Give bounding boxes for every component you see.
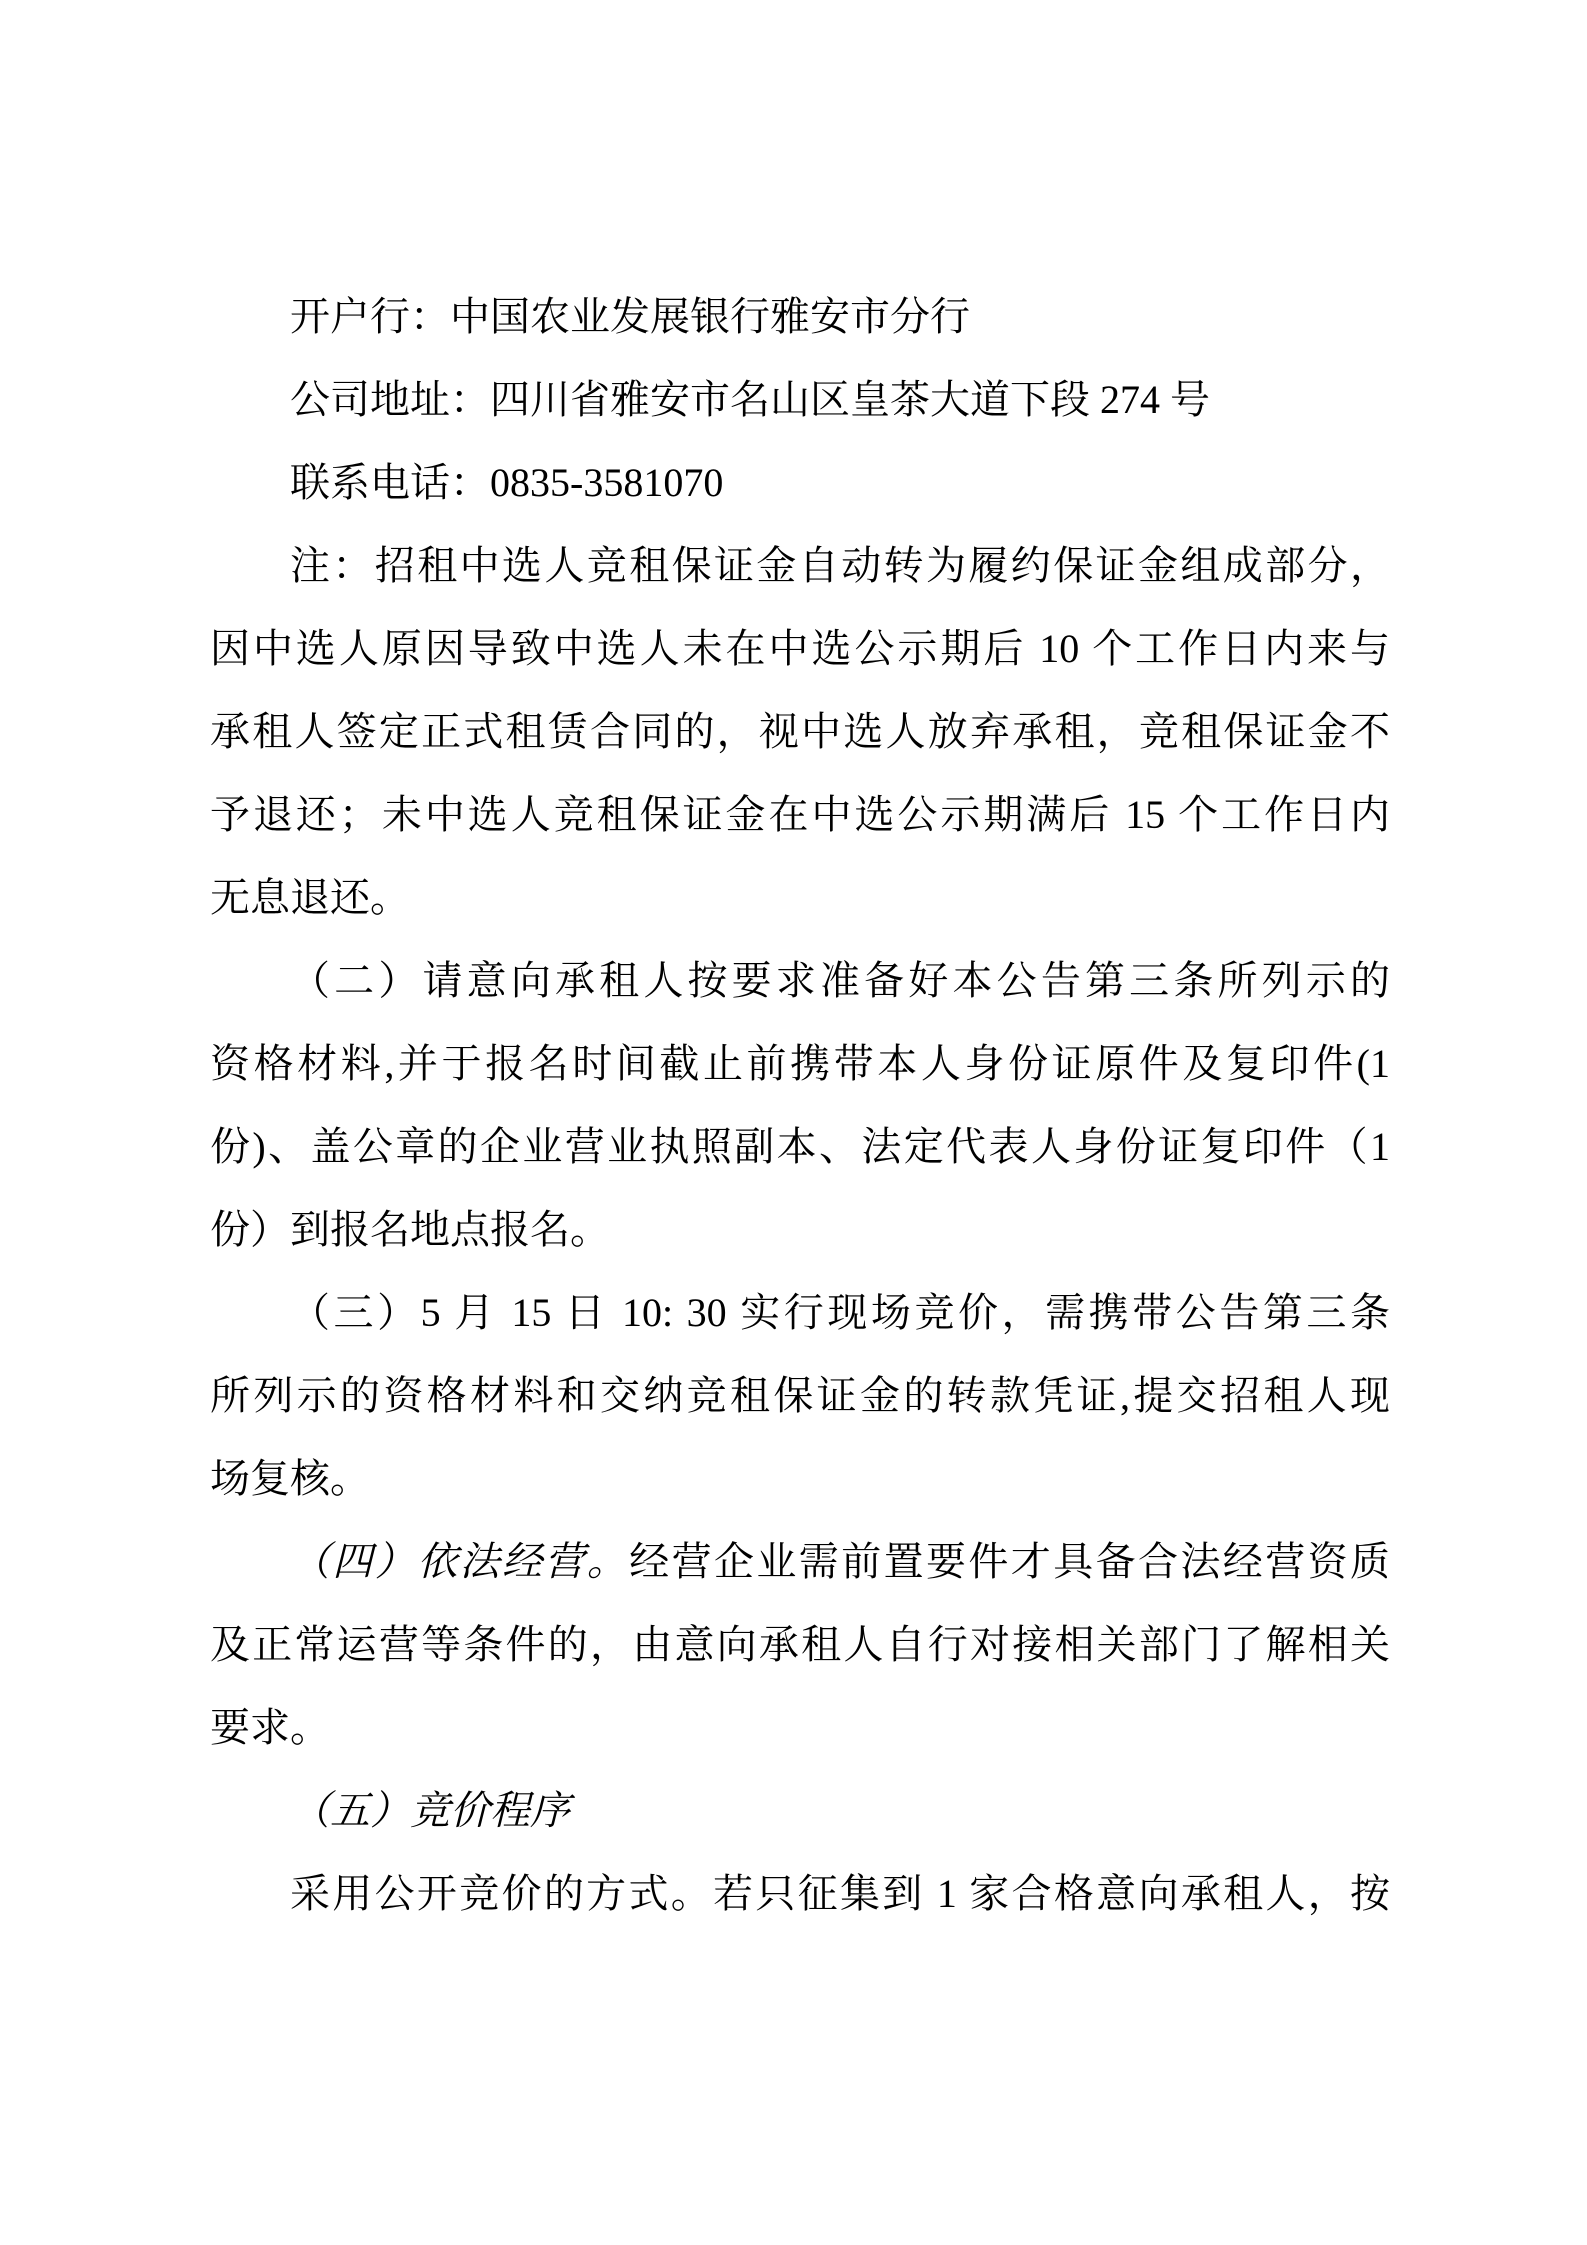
line-bank-name: 开户行：中国农业发展银行雅安市分行 xyxy=(210,275,1390,358)
line-bidding-procedure: 采用公开竞价的方式。若只征集到 1 家合格意向承租人，按 xyxy=(210,1852,1390,1935)
line-item-2-cont-1: 资格材料,并于报名时间截止前携带本人身份证原件及复印件(1 xyxy=(210,1022,1390,1105)
line-item-2-cont-2: 份)、盖公章的企业营业执照副本、法定代表人身份证复印件（1 xyxy=(210,1105,1390,1188)
line-item-2-start: （二）请意向承租人按要求准备好本公告第三条所列示的 xyxy=(210,939,1390,1022)
line-note-3: 承租人签定正式租赁合同的，视中选人放弃承租，竞租保证金不 xyxy=(210,690,1390,773)
line-note-4: 予退还；未中选人竞租保证金在中选公示期满后 15 个工作日内 xyxy=(210,773,1390,856)
line-item-3-cont: 所列示的资格材料和交纳竞租保证金的转款凭证,提交招租人现 xyxy=(210,1354,1390,1437)
line-contact-phone: 联系电话：0835-3581070 xyxy=(210,441,1390,524)
line-note-5: 无息退还。 xyxy=(210,856,1390,939)
line-item-2-end: 份）到报名地点报名。 xyxy=(210,1188,1390,1271)
line-note-1: 注：招租中选人竞租保证金自动转为履约保证金组成部分， xyxy=(210,524,1390,607)
item-4-heading: （四）依法经营。 xyxy=(290,1539,629,1584)
item-4-body: 经营企业需前置要件才具备合法经营资质 xyxy=(629,1539,1390,1584)
document-body: 开户行：中国农业发展银行雅安市分行 公司地址：四川省雅安市名山区皇茶大道下段 2… xyxy=(210,275,1390,1935)
line-item-4-cont: 及正常运营等条件的，由意向承租人自行对接相关部门了解相关 xyxy=(210,1603,1390,1686)
line-item-3-end: 场复核。 xyxy=(210,1437,1390,1520)
line-item-3-start: （三）5 月 15 日 10: 30 实行现场竞价，需携带公告第三条 xyxy=(210,1271,1390,1354)
line-company-address: 公司地址：四川省雅安市名山区皇茶大道下段 274 号 xyxy=(210,358,1390,441)
line-item-4-end: 要求。 xyxy=(210,1686,1390,1769)
line-note-2: 因中选人原因导致中选人未在中选公示期后 10 个工作日内来与 xyxy=(210,607,1390,690)
line-item-4-start: （四）依法经营。经营企业需前置要件才具备合法经营资质 xyxy=(210,1520,1390,1603)
document-page: 开户行：中国农业发展银行雅安市分行 公司地址：四川省雅安市名山区皇茶大道下段 2… xyxy=(0,0,1587,2245)
line-item-5-heading: （五）竞价程序 xyxy=(210,1769,1390,1852)
